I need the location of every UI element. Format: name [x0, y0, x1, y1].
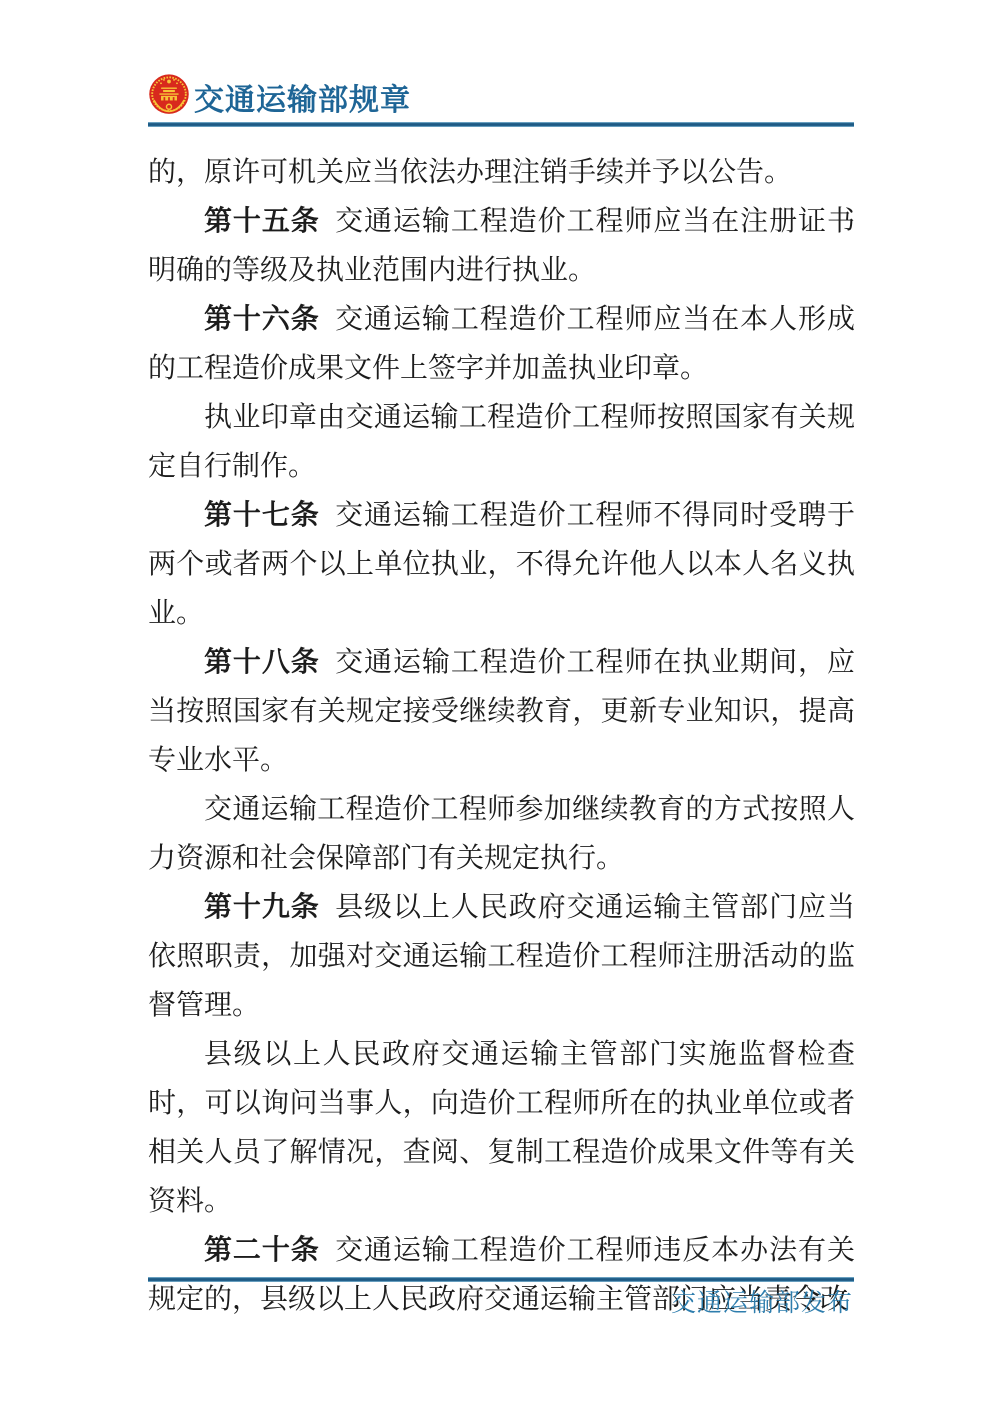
national-emblem-icon	[148, 72, 190, 118]
document-body: 的，原许可机关应当依法办理注销手续并予以公告。第十五条交通运输工程造价工程师应当…	[148, 147, 855, 1323]
article-number: 第十八条	[204, 645, 320, 678]
article-number: 第十七条	[204, 498, 320, 531]
footer-publisher: 交通运输部发布	[671, 1286, 853, 1320]
paragraph: 第十七条交通运输工程造价工程师不得同时受聘于两个或者两个以上单位执业，不得允许他…	[148, 490, 855, 637]
article-number: 第二十条	[204, 1233, 320, 1266]
article-number: 第十五条	[204, 204, 320, 237]
article-number: 第十九条	[204, 890, 320, 923]
header-rule	[148, 122, 854, 127]
paragraph: 县级以上人民政府交通运输主管部门实施监督检查时，可以询问当事人，向造价工程师所在…	[148, 1029, 855, 1225]
header-title: 交通运输部规章	[194, 86, 411, 118]
paragraph: 的，原许可机关应当依法办理注销手续并予以公告。	[148, 147, 855, 196]
paragraph: 第十九条县级以上人民政府交通运输主管部门应当依照职责，加强对交通运输工程造价工程…	[148, 882, 855, 1029]
document-page: 交通运输部规章 的，原许可机关应当依法办理注销手续并予以公告。第十五条交通运输工…	[0, 0, 1000, 1414]
article-number: 第十六条	[204, 302, 320, 335]
paragraph: 第十六条交通运输工程造价工程师应当在本人形成的工程造价成果文件上签字并加盖执业印…	[148, 294, 855, 392]
paragraph: 第十五条交通运输工程造价工程师应当在注册证书明确的等级及执业范围内进行执业。	[148, 196, 855, 294]
footer-rule	[148, 1277, 854, 1282]
paragraph: 执业印章由交通运输工程造价工程师按照国家有关规定自行制作。	[148, 392, 855, 490]
paragraph: 第十八条交通运输工程造价工程师在执业期间，应当按照国家有关规定接受继续教育，更新…	[148, 637, 855, 784]
page-header: 交通运输部规章	[148, 70, 411, 118]
paragraph: 交通运输工程造价工程师参加继续教育的方式按照人力资源和社会保障部门有关规定执行。	[148, 784, 855, 882]
